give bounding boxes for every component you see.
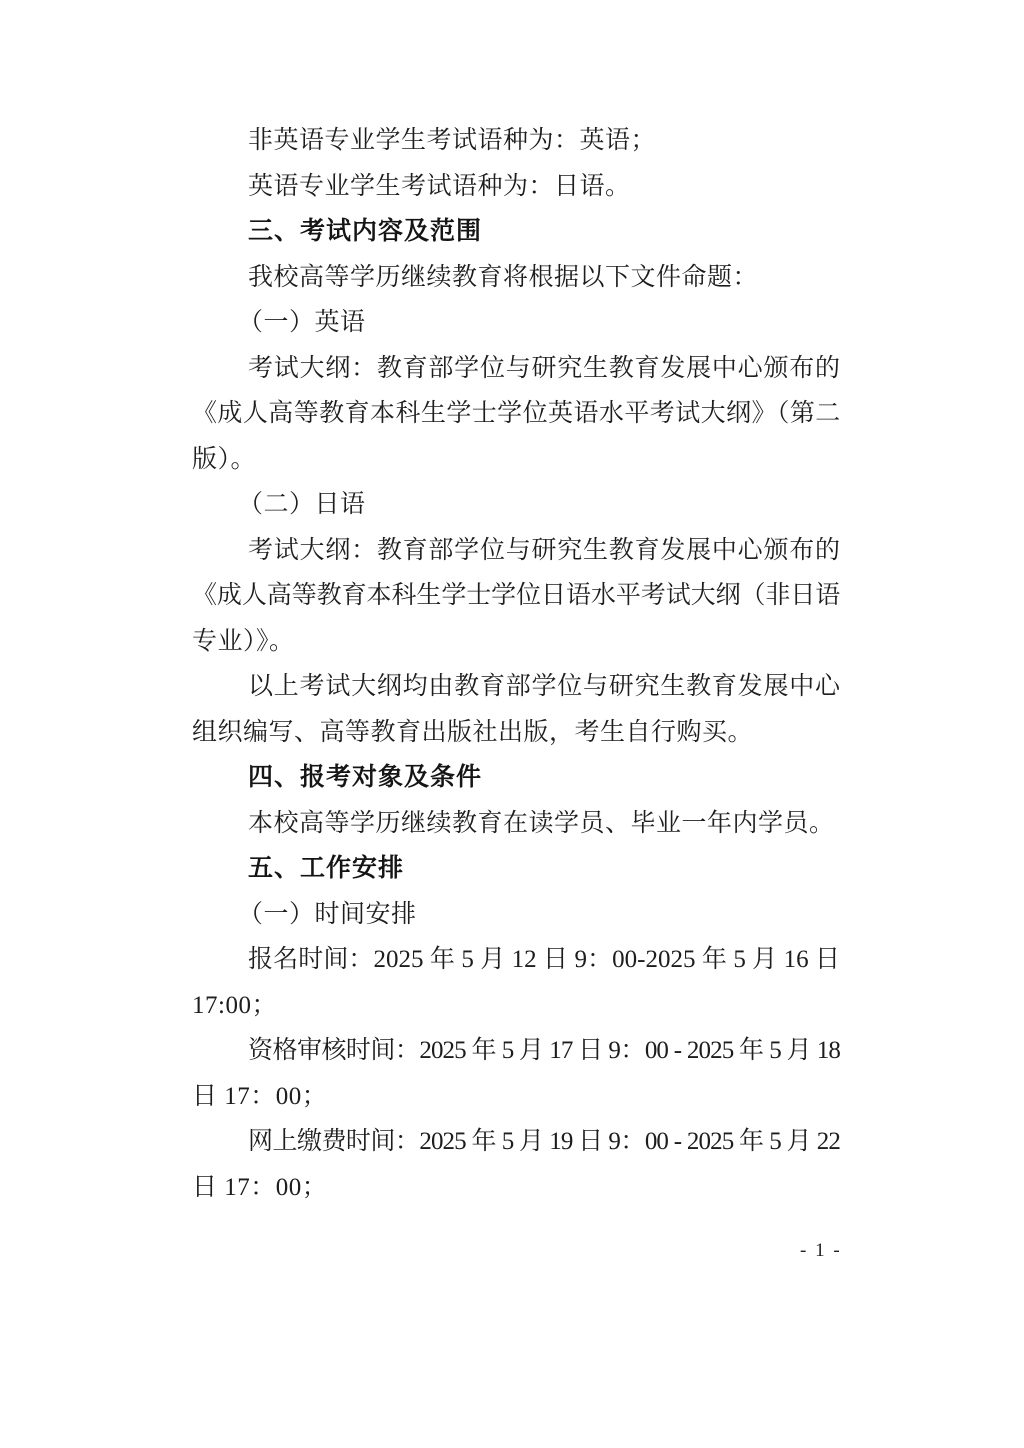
section-heading-eligibility: 四、报考对象及条件 bbox=[192, 755, 840, 801]
subsection-label-schedule: （一）时间安排 bbox=[192, 892, 840, 938]
doc-line: 《成人高等教育本科生学士学位日语水平考试大纲（非日语 bbox=[192, 573, 840, 619]
doc-line-registration-time: 报名时间：2025 年 5 月 12 日 9：00-2025 年 5 月 16 … bbox=[192, 937, 840, 983]
doc-line-payment-time: 网上缴费时间：2025 年 5 月 19 日 9：00 - 2025 年 5 月… bbox=[192, 1119, 840, 1165]
doc-line: 日 17：00； bbox=[192, 1165, 840, 1211]
doc-line: 专业）》。 bbox=[192, 619, 840, 665]
doc-line: 17:00； bbox=[192, 983, 840, 1029]
doc-line: 英语专业学生考试语种为：日语。 bbox=[192, 164, 840, 210]
text-block: 非英语专业学生考试语种为：英语； 英语专业学生考试语种为：日语。 三、考试内容及… bbox=[192, 118, 840, 1210]
subsection-label-japanese: （二）日语 bbox=[192, 482, 840, 528]
subsection-label-english: （一）英语 bbox=[192, 300, 840, 346]
section-heading-work-plan: 五、工作安排 bbox=[192, 846, 840, 892]
doc-line: 本校高等学历继续教育在读学员、毕业一年内学员。 bbox=[192, 801, 840, 847]
document-page: 非英语专业学生考试语种为：英语； 英语专业学生考试语种为：日语。 三、考试内容及… bbox=[0, 0, 1024, 1448]
doc-line: 版）。 bbox=[192, 437, 840, 483]
doc-line-review-time: 资格审核时间：2025 年 5 月 17 日 9：00 - 2025 年 5 月… bbox=[192, 1028, 840, 1074]
doc-line: 以上考试大纲均由教育部学位与研究生教育发展中心 bbox=[192, 664, 840, 710]
doc-line: 考试大纲：教育部学位与研究生教育发展中心颁布的 bbox=[192, 346, 840, 392]
doc-line: 非英语专业学生考试语种为：英语； bbox=[192, 118, 840, 164]
doc-line: 组织编写、高等教育出版社出版，考生自行购买。 bbox=[192, 710, 840, 756]
doc-line: 我校高等学历继续教育将根据以下文件命题： bbox=[192, 255, 840, 301]
section-heading-exam-content: 三、考试内容及范围 bbox=[192, 209, 840, 255]
page-number: - 1 - bbox=[800, 1240, 842, 1262]
doc-line: 考试大纲：教育部学位与研究生教育发展中心颁布的 bbox=[192, 528, 840, 574]
doc-line: 日 17：00； bbox=[192, 1074, 840, 1120]
doc-line: 《成人高等教育本科生学士学位英语水平考试大纲》（第二 bbox=[192, 391, 840, 437]
